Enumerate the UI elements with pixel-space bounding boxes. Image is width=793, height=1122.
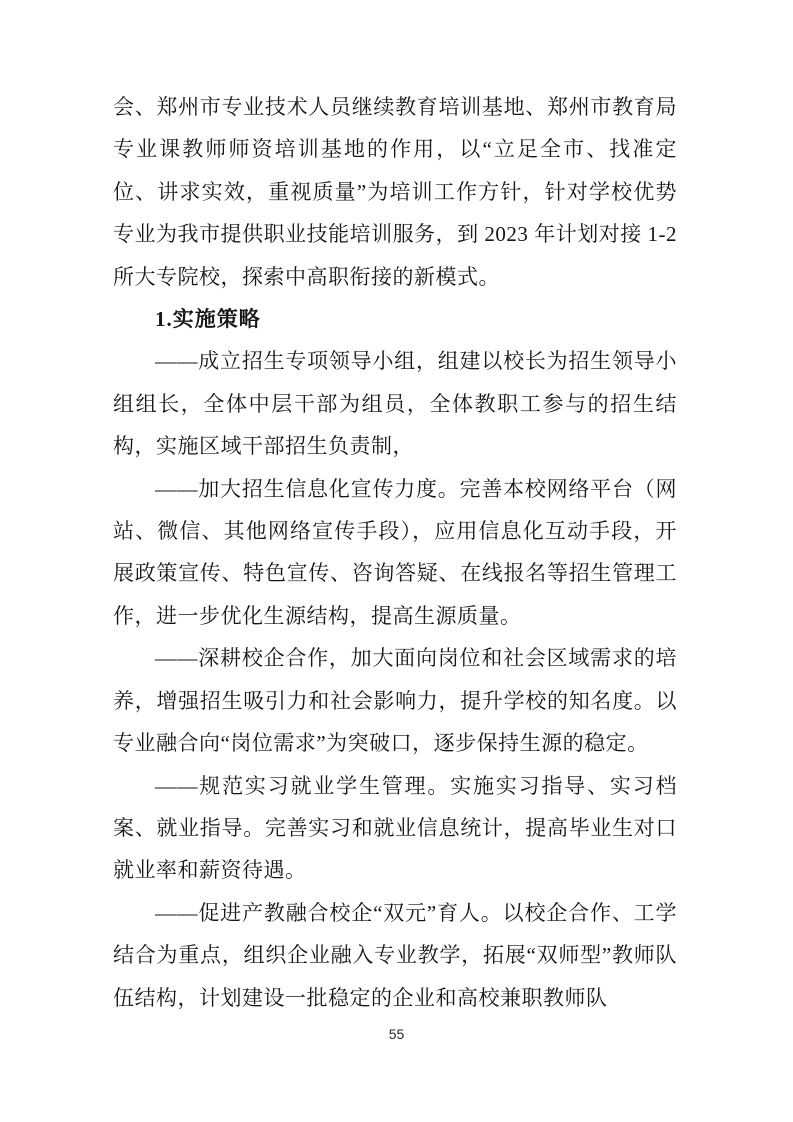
body-paragraph: 会、郑州市专业技术人员继续教育培训基地、郑州市教育局专业课教师师资培训基地的作用… [113, 86, 677, 298]
section-heading: 1.实施策略 [113, 298, 677, 340]
body-paragraph: ——规范实习就业学生管理。实施实习指导、实习档案、就业指导。完善实习和就业信息统… [113, 765, 677, 892]
document-page: 会、郑州市专业技术人员继续教育培训基地、郑州市教育局专业课教师师资培训基地的作用… [0, 0, 793, 1122]
body-paragraph: ——深耕校企合作，加大面向岗位和社会区域需求的培养，增强招生吸引力和社会影响力，… [113, 637, 677, 764]
page-number: 55 [0, 1026, 793, 1042]
body-paragraph: ——成立招生专项领导小组，组建以校长为招生领导小组组长，全体中层干部为组员，全体… [113, 340, 677, 467]
document-body: 会、郑州市专业技术人员继续教育培训基地、郑州市教育局专业课教师师资培训基地的作用… [113, 86, 677, 1019]
body-paragraph: ——促进产教融合校企“双元”育人。以校企合作、工学结合为重点，组织企业融入专业教… [113, 892, 677, 1019]
body-paragraph: ——加大招生信息化宣传力度。完善本校网络平台（网站、微信、其他网络宣传手段），应… [113, 468, 677, 638]
